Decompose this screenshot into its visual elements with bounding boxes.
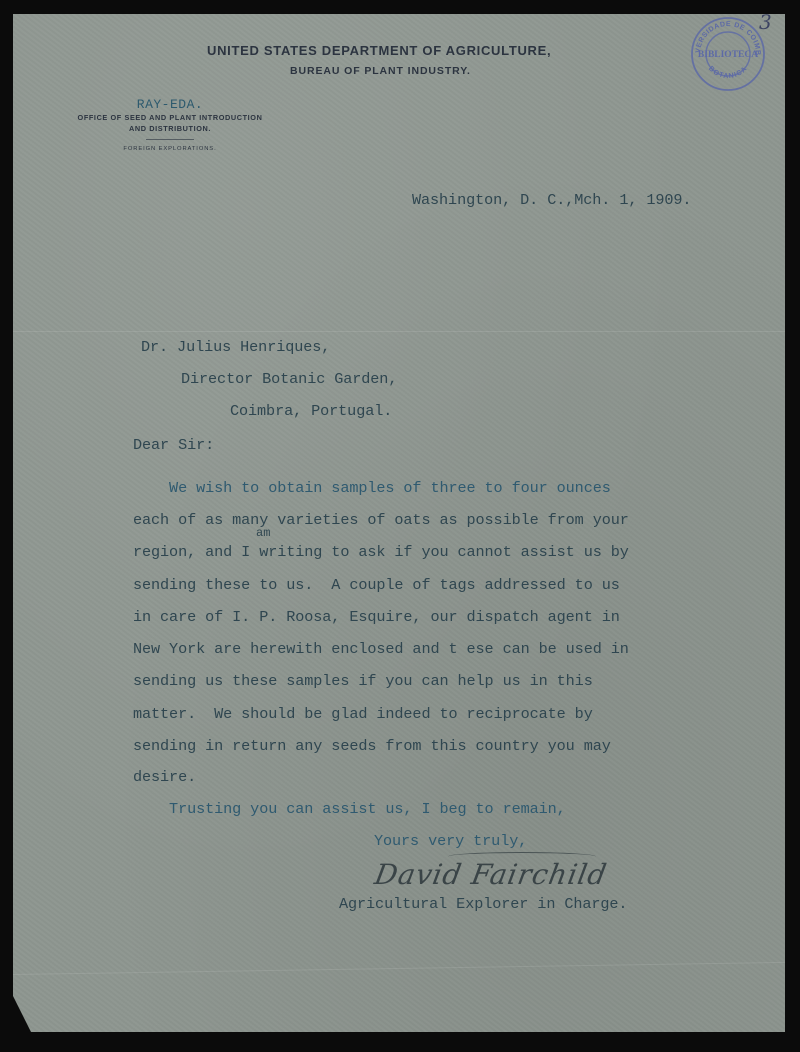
body-line: in care of I. P. Roosa, Esquire, our dis… — [133, 608, 620, 626]
closing: Yours very truly, — [374, 832, 527, 850]
body-line: each of as many varieties of oats as pos… — [133, 511, 629, 529]
body-line: Trusting you can assist us, I beg to rem… — [133, 800, 566, 818]
signature: David Fairchild — [372, 858, 610, 891]
recipient-name: Dr. Julius Henriques, — [141, 338, 330, 356]
reference-code: RAY-EDA. — [54, 97, 286, 112]
typed-insertion: am — [256, 526, 270, 540]
library-stamp-icon: UNIVERSIDADE DE COIMBRA BIBLIOTECA BOTAN… — [688, 14, 768, 94]
office-name-line2: AND DISTRIBUTION. — [54, 123, 286, 134]
signer-title: Agricultural Explorer in Charge. — [339, 895, 627, 913]
body-line: We wish to obtain samples of three to fo… — [133, 479, 611, 497]
letterhead-divider — [146, 139, 194, 140]
body-line: New York are herewith enclosed and t ese… — [133, 640, 629, 658]
body-line: sending these to us. A couple of tags ad… — [133, 576, 620, 594]
division-name: FOREIGN EXPLORATIONS. — [54, 146, 286, 152]
dateline: Washington, D. C.,Mch. 1, 1909. — [412, 191, 691, 209]
fold-crease — [13, 962, 785, 975]
letterhead-department: UNITED STATES DEPARTMENT OF AGRICULTURE, — [207, 43, 551, 58]
svg-text:BOTANICA: BOTANICA — [707, 65, 749, 80]
fold-crease — [13, 331, 785, 332]
body-line: region, and I writing to ask if you cann… — [133, 543, 629, 561]
body-line: matter. We should be glad indeed to reci… — [133, 705, 593, 723]
recipient-title: Director Botanic Garden, — [181, 370, 397, 388]
salutation: Dear Sir: — [133, 436, 214, 454]
office-name-line1: OFFICE OF SEED AND PLANT INTRODUCTION — [54, 112, 286, 123]
stamp-bottom-text: BOTANICA — [707, 65, 749, 80]
torn-corner — [13, 996, 31, 1032]
handwritten-number: 3 — [759, 10, 772, 34]
recipient-location: Coimbra, Portugal. — [230, 402, 392, 420]
body-line: desire. — [133, 768, 196, 786]
body-line: sending us these samples if you can help… — [133, 672, 593, 690]
stamp-center-text: BIBLIOTECA — [698, 50, 758, 60]
body-line: sending in return any seeds from this co… — [133, 737, 611, 755]
letterhead-office-block: RAY-EDA. OFFICE OF SEED AND PLANT INTROD… — [54, 97, 286, 152]
letterhead-bureau: BUREAU OF PLANT INDUSTRY. — [290, 65, 471, 77]
